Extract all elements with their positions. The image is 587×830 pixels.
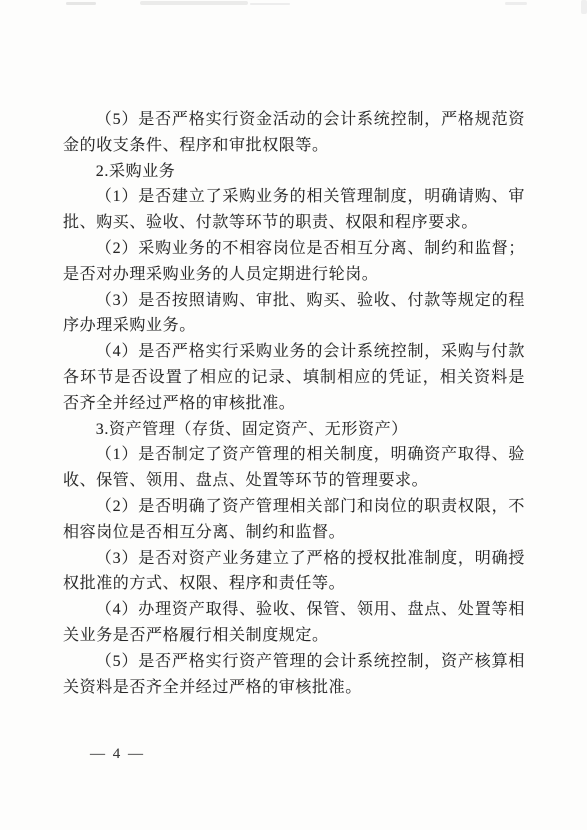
scan-artifact <box>505 2 527 5</box>
scan-artifact <box>250 3 290 5</box>
paragraph-item-2-procurement: （2）采购业务的不相容岗位是否相互分离、制约和监督；是否对办理采购业务的人员定期… <box>63 236 525 288</box>
paragraph-item-3-assets: （3）是否对资产业务建立了严格的授权批准制度，明确授权批准的方式、权限、程序和责… <box>63 546 525 598</box>
scan-artifact <box>581 0 587 14</box>
paragraph-item-5-assets: （5）是否严格实行资产管理的会计系统控制，资产核算相关资料是否齐全并经过严格的审… <box>63 649 525 701</box>
paragraph-item-4-procurement: （4）是否严格实行采购业务的会计系统控制，采购与付款各环节是否设置了相应的记录、… <box>63 339 525 416</box>
scan-artifact <box>140 1 248 5</box>
paragraph-item-5-funds: （5）是否严格实行资金活动的会计系统控制，严格规范资金的收支条件、程序和审批权限… <box>63 107 525 159</box>
paragraph-item-2-assets: （2）是否明确了资产管理相关部门和岗位的职责权限，不相容岗位是否相互分离、制约和… <box>63 494 525 546</box>
scan-artifact <box>66 2 96 5</box>
section-heading-procurement: 2.采购业务 <box>63 159 525 185</box>
paragraph-item-3-procurement: （3）是否按照请购、审批、购买、验收、付款等规定的程序办理采购业务。 <box>63 288 525 340</box>
paragraph-item-1-procurement: （1）是否建立了采购业务的相关管理制度，明确请购、审批、购买、验收、付款等环节的… <box>63 184 525 236</box>
page-number: — 4 — <box>90 746 145 763</box>
document-body: （5）是否严格实行资金活动的会计系统控制，严格规范资金的收支条件、程序和审批权限… <box>63 107 525 700</box>
section-heading-assets: 3.资产管理（存货、固定资产、无形资产） <box>63 417 525 443</box>
scanned-document-page: （5）是否严格实行资金活动的会计系统控制，严格规范资金的收支条件、程序和审批权限… <box>0 0 587 830</box>
paragraph-item-1-assets: （1）是否制定了资产管理的相关制度，明确资产取得、验收、保管、领用、盘点、处置等… <box>63 442 525 494</box>
paragraph-item-4-assets: （4）办理资产取得、验收、保管、领用、盘点、处置等相关业务是否严格履行相关制度规… <box>63 597 525 649</box>
